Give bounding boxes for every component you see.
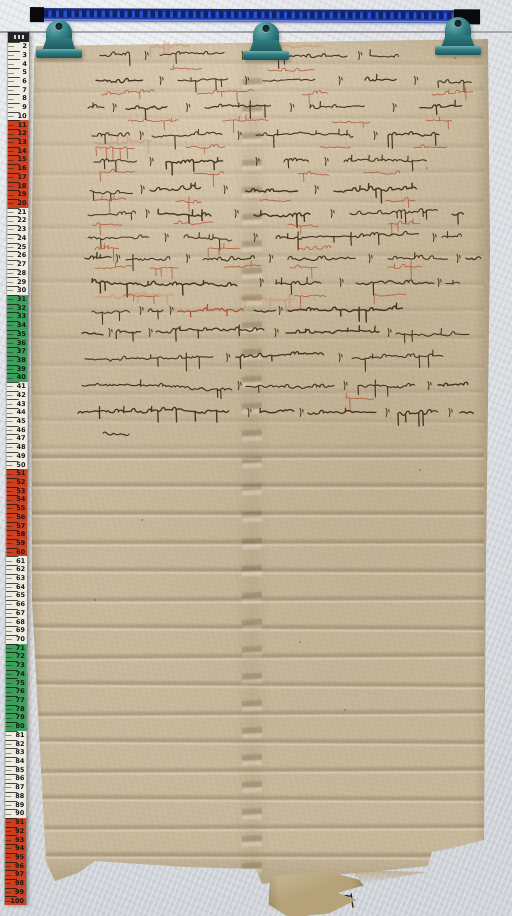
- ruler-number: 20: [17, 200, 26, 207]
- ruler-number: 56: [16, 514, 25, 521]
- ruler-cell: 2: [8, 42, 29, 51]
- ruler-number: 57: [16, 523, 25, 530]
- ruler-cell: 57: [6, 522, 27, 531]
- ruler-cell: 51: [6, 469, 27, 478]
- ruler-cell: 4: [8, 59, 29, 68]
- ruler-cell: 10: [8, 112, 29, 121]
- tape-tick-strip: [44, 10, 452, 19]
- ruler-number: 29: [17, 279, 26, 286]
- ruler-cell: 84: [5, 757, 26, 766]
- ruler-cell: 92: [5, 827, 26, 836]
- ruler-number: 94: [15, 845, 24, 852]
- ruler-number: 16: [17, 165, 26, 172]
- ruler-number: 62: [16, 566, 25, 573]
- ruler-number: 88: [15, 793, 24, 800]
- ruler-cell: 77: [6, 696, 27, 705]
- ruler-number: 72: [16, 653, 25, 660]
- ruler-cell: 13: [8, 138, 29, 147]
- ruler-number: 19: [17, 191, 26, 198]
- ruler-cell: 58: [6, 530, 27, 539]
- paper-fold-line: [32, 249, 484, 260]
- ruler-number: 27: [17, 261, 26, 268]
- ruler-number: 89: [15, 802, 24, 809]
- ruler-cell: 97: [5, 870, 26, 879]
- ruler-number: 45: [17, 418, 26, 425]
- ruler-number: 54: [16, 497, 25, 504]
- ruler-cell: 94: [5, 844, 26, 853]
- ruler-number: 64: [16, 584, 25, 591]
- ruler-cell: 12: [8, 129, 29, 138]
- ruler-cell: 99: [5, 888, 26, 897]
- paper-fold-line: [32, 650, 484, 662]
- ruler-cell: 96: [5, 862, 26, 871]
- ruler-number: 17: [17, 174, 26, 181]
- ruler-number: 2: [22, 43, 27, 50]
- ruler-number: 78: [16, 706, 25, 713]
- paper-fold-line: [32, 443, 484, 452]
- ruler-number: 36: [17, 340, 26, 347]
- ruler-number: 31: [17, 296, 26, 303]
- ruler-cell: 25: [7, 243, 28, 252]
- ruler-cell: 70: [6, 635, 27, 644]
- binder-clip-center: [243, 22, 289, 62]
- paper-fold-line: [32, 537, 484, 547]
- ruler-cell: 88: [5, 792, 26, 801]
- ruler-number: 37: [17, 348, 26, 355]
- paper-fold-line: [32, 565, 484, 575]
- ruler-number: 98: [15, 880, 24, 887]
- ruler-cell: 26: [7, 251, 28, 260]
- ruler-number: 9: [22, 104, 27, 111]
- ruler-cell: 9: [8, 103, 29, 112]
- ruler-number: 5: [22, 69, 27, 76]
- ruler-cell: 100: [5, 896, 26, 905]
- ruler-cell: 64: [6, 583, 27, 592]
- paper-fold-line: [32, 850, 484, 860]
- ruler-number: 23: [17, 226, 26, 233]
- clip-bar-icon: [36, 49, 82, 58]
- ruler-cell: 27: [7, 260, 28, 269]
- ruler-number: 96: [15, 863, 24, 870]
- ruler-cell: 23: [7, 225, 28, 234]
- ruler-number: 25: [17, 244, 26, 251]
- ruler-cell: 42: [7, 391, 28, 400]
- ruler-number: 39: [17, 366, 26, 373]
- ruler-number: 48: [16, 444, 25, 451]
- ruler-cell: 86: [5, 774, 26, 783]
- ruler-number: 30: [17, 287, 26, 294]
- ruler-number: 87: [15, 784, 24, 791]
- paper-fold-line: [32, 764, 484, 775]
- ruler-cell: 65: [6, 591, 27, 600]
- ruler-cell: 44: [7, 408, 28, 417]
- ruler-cell: 83: [5, 748, 26, 757]
- ruler-number: 33: [17, 313, 26, 320]
- ruler-cell: 24: [7, 234, 28, 243]
- ruler-number: 95: [15, 854, 24, 861]
- ruler-number: 24: [17, 235, 26, 242]
- ruler-cell: 11: [8, 120, 29, 129]
- ruler-number: 80: [16, 723, 25, 730]
- ruler-number: 41: [17, 383, 26, 390]
- ruler-number: 6: [22, 78, 27, 85]
- ruler-cell: 14: [8, 147, 29, 156]
- ruler-cell: 72: [6, 652, 27, 661]
- ruler-number: 60: [16, 549, 25, 556]
- ruler-cell: 54: [6, 495, 27, 504]
- paper-fold-line: [32, 139, 484, 150]
- ruler-cell: 29: [7, 277, 28, 286]
- ruler-number: 59: [16, 540, 25, 547]
- paper-fold-line: [32, 113, 484, 122]
- ruler-number: 47: [17, 435, 26, 442]
- ruler-number: 46: [17, 427, 26, 434]
- ruler-number: 22: [17, 218, 26, 225]
- ruler-number: 58: [16, 531, 25, 538]
- paper-fold-line: [32, 822, 484, 833]
- ruler-cell: 22: [7, 216, 28, 225]
- ruler-number: 44: [17, 409, 26, 416]
- ruler-number: 26: [17, 252, 26, 259]
- ruler-cell: 75: [6, 678, 27, 687]
- ruler-number: 50: [16, 462, 25, 469]
- ruler-number: 32: [17, 305, 26, 312]
- ruler-number: 61: [16, 558, 25, 565]
- ruler-cell: 59: [6, 539, 27, 548]
- ruler-cell: 47: [7, 434, 28, 443]
- clip-hole-icon: [56, 23, 63, 30]
- ruler-cell: 60: [6, 548, 27, 557]
- paper-fold-line: [32, 415, 484, 426]
- ruler-cell: 37: [7, 347, 28, 356]
- ruler-number: 11: [18, 122, 27, 129]
- paper-fold-line: [32, 85, 484, 96]
- side-ruler: 2345678910111213141516171819202122232425…: [4, 32, 30, 905]
- ruler-number: 13: [18, 139, 27, 146]
- ruler-cell: 15: [8, 155, 29, 164]
- ruler-cell: 62: [6, 565, 27, 574]
- ruler-cell: 93: [5, 835, 26, 844]
- ruler-cell: 38: [7, 356, 28, 365]
- ruler-number: 35: [17, 331, 26, 338]
- paper-fold-line: [32, 305, 484, 316]
- paper-fold-line: [32, 594, 484, 605]
- ruler-number: 73: [16, 662, 25, 669]
- ruler-number: 18: [17, 183, 26, 190]
- ruler-cell: 81: [6, 731, 27, 740]
- clip-hole-icon: [455, 20, 462, 27]
- ruler-cell: 76: [6, 687, 27, 696]
- ruler-cap: [8, 32, 29, 42]
- ruler-cell: 39: [7, 365, 28, 374]
- ruler-number: 55: [16, 505, 25, 512]
- ruler-cell: 19: [7, 190, 28, 199]
- ruler-number: 28: [17, 270, 26, 277]
- ruler-number: 4: [22, 61, 27, 68]
- ruler-cell: 52: [6, 478, 27, 487]
- ruler-number: 15: [17, 156, 26, 163]
- ruler-number: 86: [15, 776, 24, 783]
- ruler-cell: 30: [7, 286, 28, 295]
- ruler-cell: 50: [6, 461, 27, 470]
- ruler-cell: 40: [7, 373, 28, 382]
- ruler-number: 21: [17, 209, 26, 216]
- ruler-cell: 36: [7, 338, 28, 347]
- ruler-number: 93: [15, 837, 24, 844]
- ruler-number: 77: [16, 697, 25, 704]
- ruler-cell: 5: [8, 68, 29, 77]
- ruler-number: 10: [18, 113, 27, 120]
- ruler-cell: 28: [7, 269, 28, 278]
- ruler-number: 14: [18, 148, 27, 155]
- paper-fragment: [267, 870, 365, 916]
- ruler-number: 42: [17, 392, 26, 399]
- binder-clip-right: [435, 17, 481, 57]
- ruler-number: 43: [17, 401, 26, 408]
- ruler-number: 8: [22, 95, 27, 102]
- ruler-number: 3: [22, 52, 27, 59]
- paper-fold-line: [32, 360, 484, 371]
- ruler-cell: 90: [5, 809, 26, 818]
- ruler-number: 67: [16, 610, 25, 617]
- ruler-number: 71: [16, 645, 25, 652]
- ruler-cell: 74: [6, 670, 27, 679]
- ruler-cell: 16: [8, 164, 29, 173]
- ruler-cell: 69: [6, 626, 27, 635]
- ruler-cell: 63: [6, 574, 27, 583]
- ruler-number: 81: [15, 732, 24, 739]
- ruler-number: 40: [17, 374, 26, 381]
- ruler-number: 85: [15, 767, 24, 774]
- ruler-number: 97: [15, 871, 24, 878]
- ruler-cell: 68: [6, 617, 27, 626]
- ruler-cell: 31: [7, 295, 28, 304]
- ruler-cell: 78: [6, 705, 27, 714]
- ruler-number: 53: [16, 488, 25, 495]
- binder-clip-left: [36, 20, 82, 60]
- ruler-number: 12: [18, 130, 27, 137]
- ruler-cell: 66: [6, 600, 27, 609]
- ruler-cell: 89: [5, 801, 26, 810]
- ruler-cell: 35: [7, 330, 28, 339]
- ruler-number: 65: [16, 592, 25, 599]
- paper-fold-line: [32, 451, 484, 461]
- photo-stage: 2345678910111213141516171819202122232425…: [0, 0, 512, 916]
- paper-fold-line: [32, 223, 484, 232]
- ruler-number: 99: [15, 889, 24, 896]
- ruler-number: 63: [16, 575, 25, 582]
- clip-hole-icon: [263, 25, 270, 32]
- ruler-cell: 95: [5, 853, 26, 862]
- paper-fold-line: [32, 333, 484, 342]
- ruler-cell: 82: [5, 739, 26, 748]
- manuscript-paper: [28, 36, 490, 900]
- ruler-number: 74: [16, 671, 25, 678]
- ruler-number: 66: [16, 601, 25, 608]
- ruler-number: 84: [15, 758, 24, 765]
- ruler-cell: 43: [7, 399, 28, 408]
- ruler-cell: 87: [5, 783, 26, 792]
- ruler-cell: 48: [7, 443, 28, 452]
- ruler-number: 51: [16, 470, 25, 477]
- ruler-number: 7: [22, 87, 27, 94]
- ruler-number: 91: [15, 819, 24, 826]
- ruler-cell: 7: [8, 86, 29, 95]
- ruler-cell: 45: [7, 417, 28, 426]
- ruler-number: 100: [10, 898, 24, 905]
- clip-bar-icon: [435, 46, 481, 55]
- ruler-cell: 34: [7, 321, 28, 330]
- ruler-cell: 3: [8, 51, 29, 60]
- ruler-number: 82: [15, 741, 24, 748]
- ruler-cell: 79: [6, 713, 27, 722]
- ruler-cell: 46: [7, 426, 28, 435]
- ruler-cell: 71: [6, 644, 27, 653]
- ruler-number: 68: [16, 619, 25, 626]
- ruler-number: 83: [15, 749, 24, 756]
- ruler-cell: 8: [8, 94, 29, 103]
- ruler-cell: 33: [7, 312, 28, 321]
- ruler-number: 76: [16, 688, 25, 695]
- ruler-cell: 32: [7, 304, 28, 313]
- ruler-number: 70: [16, 636, 25, 643]
- ruler-cell: 61: [6, 556, 27, 565]
- ruler-cell: 17: [7, 173, 28, 182]
- ruler-cell: 21: [7, 208, 28, 217]
- ruler-cell: 67: [6, 609, 27, 618]
- paper-fold-line: [32, 480, 484, 489]
- ruler-cell: 20: [7, 199, 28, 208]
- ruler-cell: 85: [5, 766, 26, 775]
- ruler-number: 38: [17, 357, 26, 364]
- ruler-cell: 55: [6, 504, 27, 513]
- ruler-number: 34: [17, 322, 26, 329]
- ruler-cell: 73: [6, 661, 27, 670]
- ruler-cell: 80: [6, 722, 27, 731]
- paper-fold-line: [32, 509, 484, 518]
- ruler-number: 49: [16, 453, 25, 460]
- ruler-cell: 49: [7, 452, 28, 461]
- ruler-number: 90: [15, 810, 24, 817]
- ruler-number: 52: [16, 479, 25, 486]
- ruler-number: 69: [16, 627, 25, 634]
- ruler-number: 75: [16, 680, 25, 687]
- ruler-cell: 53: [6, 487, 27, 496]
- ruler-cell: 91: [5, 818, 26, 827]
- ruler-cell: 56: [6, 513, 27, 522]
- ruler-cell: 98: [5, 879, 26, 888]
- ruler-cell: 41: [7, 382, 28, 391]
- paper-fold-line: [32, 195, 484, 206]
- ruler-cell: 18: [7, 182, 28, 191]
- clip-bar-icon: [243, 51, 289, 60]
- ruler-number: 79: [16, 714, 25, 721]
- ruler-cell: 6: [8, 77, 29, 86]
- ruler-number: 92: [15, 828, 24, 835]
